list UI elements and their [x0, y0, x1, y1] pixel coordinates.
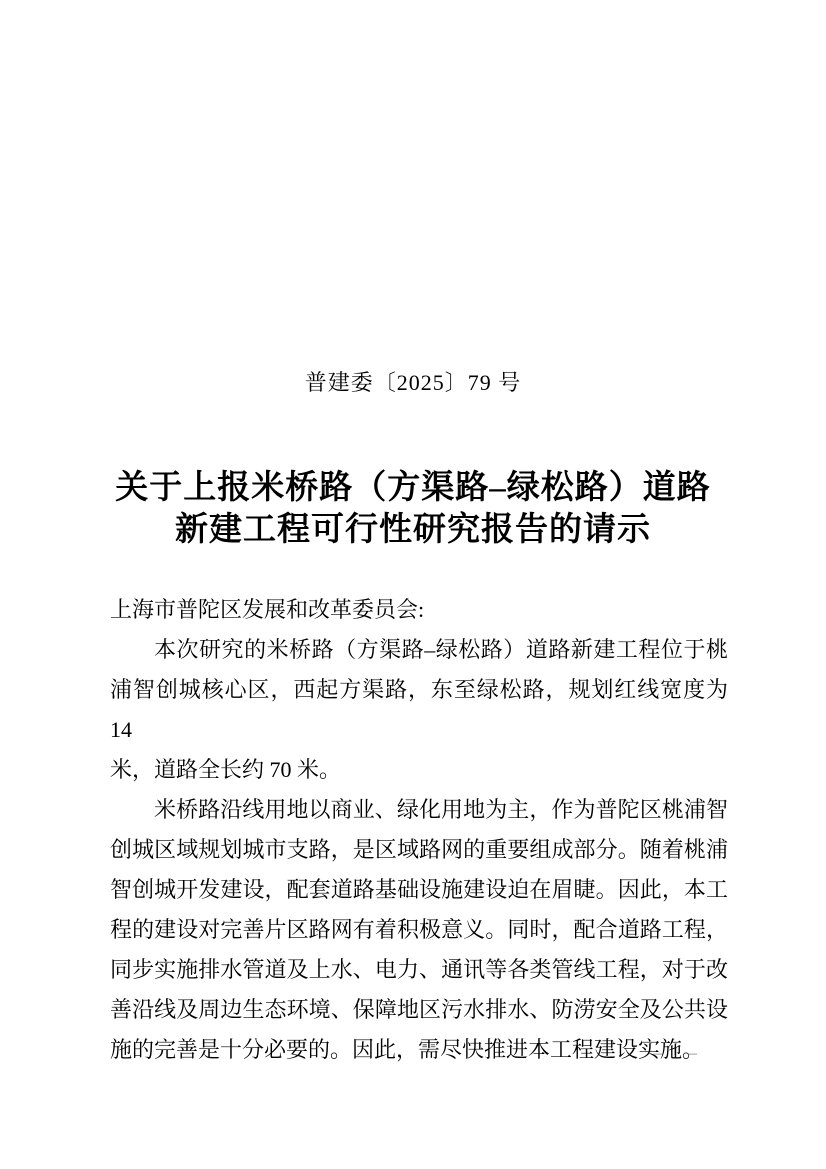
- page-number-right-dash: –: [689, 1043, 698, 1062]
- document-body: 上海市普陀区发展和改革委员会: 本次研究的米桥路（方渠路–绿松路）道路新建工程位…: [110, 590, 728, 1070]
- paragraph: 本次研究的米桥路（方渠路–绿松路）道路新建工程位于桃浦智创城核心区，西起方渠路，…: [110, 630, 728, 790]
- body-line: 智创城开发建设，配套道路基础设施建设迫在眉睫。因此，本工: [110, 870, 728, 910]
- page-number: 1: [671, 1043, 680, 1062]
- document-number: 普建委〔2025〕79 号: [0, 368, 826, 398]
- document-title-line-2: 新建工程可行性研究报告的请示: [0, 509, 826, 551]
- page-footer: –1–: [654, 1040, 698, 1066]
- paragraph: 米桥路沿线用地以商业、绿化用地为主，作为普陀区桃浦智创城区域规划城市支路，是区域…: [110, 790, 728, 1070]
- body-line: 善沿线及周边生态环境、保障地区污水排水、防涝安全及公共设: [110, 990, 728, 1030]
- body-line: 创城区域规划城市支路，是区域路网的重要组成部分。随着桃浦: [110, 830, 728, 870]
- body-line: 本次研究的米桥路（方渠路–绿松路）道路新建工程位于桃: [110, 630, 728, 670]
- body-line: 米，道路全长约 70 米。: [110, 750, 728, 790]
- document-title-line-1: 关于上报米桥路（方渠路–绿松路）道路: [0, 467, 826, 509]
- salutation: 上海市普陀区发展和改革委员会:: [110, 590, 728, 630]
- body-line: 米桥路沿线用地以商业、绿化用地为主，作为普陀区桃浦智: [110, 790, 728, 830]
- body-line: 施的完善是十分必要的。因此，需尽快推进本工程建设实施。: [110, 1030, 728, 1070]
- document-page: 普建委〔2025〕79 号 关于上报米桥路（方渠路–绿松路）道路 新建工程可行性…: [0, 0, 826, 1169]
- paragraphs-container: 本次研究的米桥路（方渠路–绿松路）道路新建工程位于桃浦智创城核心区，西起方渠路，…: [110, 630, 728, 1070]
- page-number-left-dash: –: [654, 1043, 663, 1062]
- document-title: 关于上报米桥路（方渠路–绿松路）道路 新建工程可行性研究报告的请示: [0, 467, 826, 551]
- body-line: 程的建设对完善片区路网有着积极意义。同时，配合道路工程，: [110, 910, 728, 950]
- body-line: 同步实施排水管道及上水、电力、通讯等各类管线工程，对于改: [110, 950, 728, 990]
- body-line: 浦智创城核心区，西起方渠路，东至绿松路，规划红线宽度为 14: [110, 670, 728, 750]
